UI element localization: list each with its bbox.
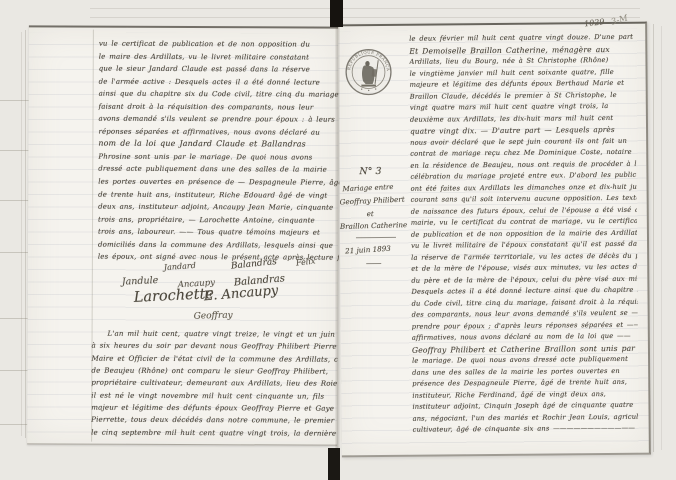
handwritten-line: réponses séparées et affirmatives, nous … (98, 125, 339, 139)
act-title-line: Mariage entre (342, 183, 393, 193)
act-title-line: et (367, 210, 374, 218)
handwritten-line: de trente huit ans, instituteur, Riche E… (98, 188, 339, 202)
page-edge-line (90, 17, 640, 18)
handwritten-line: il est né le vingt novembre mil huit cen… (91, 389, 337, 402)
handwritten-line: avons demandé s'ils veulent se prendre p… (98, 113, 339, 127)
handwritten-line: dressé acte publiquement dans une des sa… (98, 163, 339, 177)
handwritten-line: le maire des Ardillats, vu le livret mil… (99, 50, 340, 64)
page-edge-line (21, 32, 22, 436)
handwritten-line: ainsi que du chapitre six du Code civil,… (99, 88, 340, 102)
handwritten-line: les portes ouvertes en présence de — Des… (98, 176, 339, 190)
handwritten-line: cultivateur, âgé de cinquante six ans ——… (413, 423, 639, 436)
handwritten-line: domiciliés dans la commune des Ardillats… (98, 238, 339, 252)
page-edge-line (653, 24, 654, 452)
handwritten-line: propriétaire cultivateur, demeurant aux … (91, 377, 337, 390)
handwritten-line: à six heures du soir par devant nous Geo… (91, 340, 337, 353)
republique-francaise-stamp-icon: RÉPUBLIQUE FRANÇAISE (344, 48, 392, 96)
handwritten-line: deux ans, instituteur adjoint, Ancaupy J… (98, 201, 339, 215)
page-edge-line (661, 26, 662, 450)
page-number-ink: 1029 (584, 17, 605, 28)
signature: Larochette (133, 286, 214, 306)
handwritten-line: que le sieur Jandard Claude est passé da… (99, 63, 340, 77)
handwritten-line: le cinq septembre mil huit cent quatre v… (91, 426, 337, 439)
act2-text: L'an mil huit cent, quatre vingt treize,… (91, 328, 337, 440)
signature: Félix (295, 256, 315, 267)
margin-annotation: N° 3 Mariage entre Geoffray Philibert et… (339, 164, 415, 165)
register-scan: vu le certificat de publication et de no… (0, 0, 676, 480)
handwritten-line: majeur et légitime des défunts époux Geo… (91, 402, 337, 415)
handwritten-line: Phrosine sont unis par le mariage. De qu… (98, 151, 339, 165)
handwritten-line: trois ans, propriétaire, — Larochette An… (98, 213, 339, 227)
groom-name: Geoffray Philibert (339, 195, 404, 207)
handwritten-line: faisant droit à la réquisition des compa… (99, 100, 340, 114)
signature: Jandard (164, 261, 196, 272)
handwritten-line: vu le certificat de publication et de no… (99, 38, 340, 52)
page-edge-line (90, 8, 640, 9)
microfilm-pencil-note: 3-M (610, 13, 629, 27)
handwritten-line: trois ans, laboureur. —— Tous quatre tém… (98, 226, 339, 240)
handwritten-line: L'an mil huit cent, quatre vingt treize,… (92, 328, 338, 341)
scan-artifact-bar-bottom (328, 448, 340, 480)
underline (356, 237, 396, 238)
binding-gutter-shadow (335, 24, 340, 450)
page-edge-line (25, 30, 26, 438)
handwritten-line: de l'armée active : Desquels actes il a … (99, 75, 340, 89)
handwritten-line: Maire et Officier de l'état civil de la … (91, 352, 337, 365)
underline (366, 263, 381, 264)
bride-name: Braillon Catherine (340, 220, 408, 231)
right-page: 10293-M RÉPUBLIQUE FRANÇAISE N° 3 Mariag… (338, 22, 651, 458)
act-date: 21 juin 1893 (345, 244, 391, 256)
signature: Jandule (122, 275, 159, 288)
scan-artifact-bar-top (330, 0, 343, 27)
handwritten-line: nom de la loi que Jandard Claude et Ball… (98, 138, 339, 152)
left-page: vu le certificat de publication et de no… (27, 25, 339, 445)
signature: Geoffray (194, 311, 233, 322)
handwritten-line: Pierrette, tous deux décédés dans notre … (91, 414, 337, 427)
act1-text: vu le certificat de publication et de no… (98, 38, 340, 265)
act-number: N° 3 (359, 166, 381, 177)
right-page-text: le deux février mil huit cent quatre vin… (409, 32, 639, 436)
handwritten-line: de Beaujeu (Rhône) ont comparu le sieur … (91, 365, 337, 378)
